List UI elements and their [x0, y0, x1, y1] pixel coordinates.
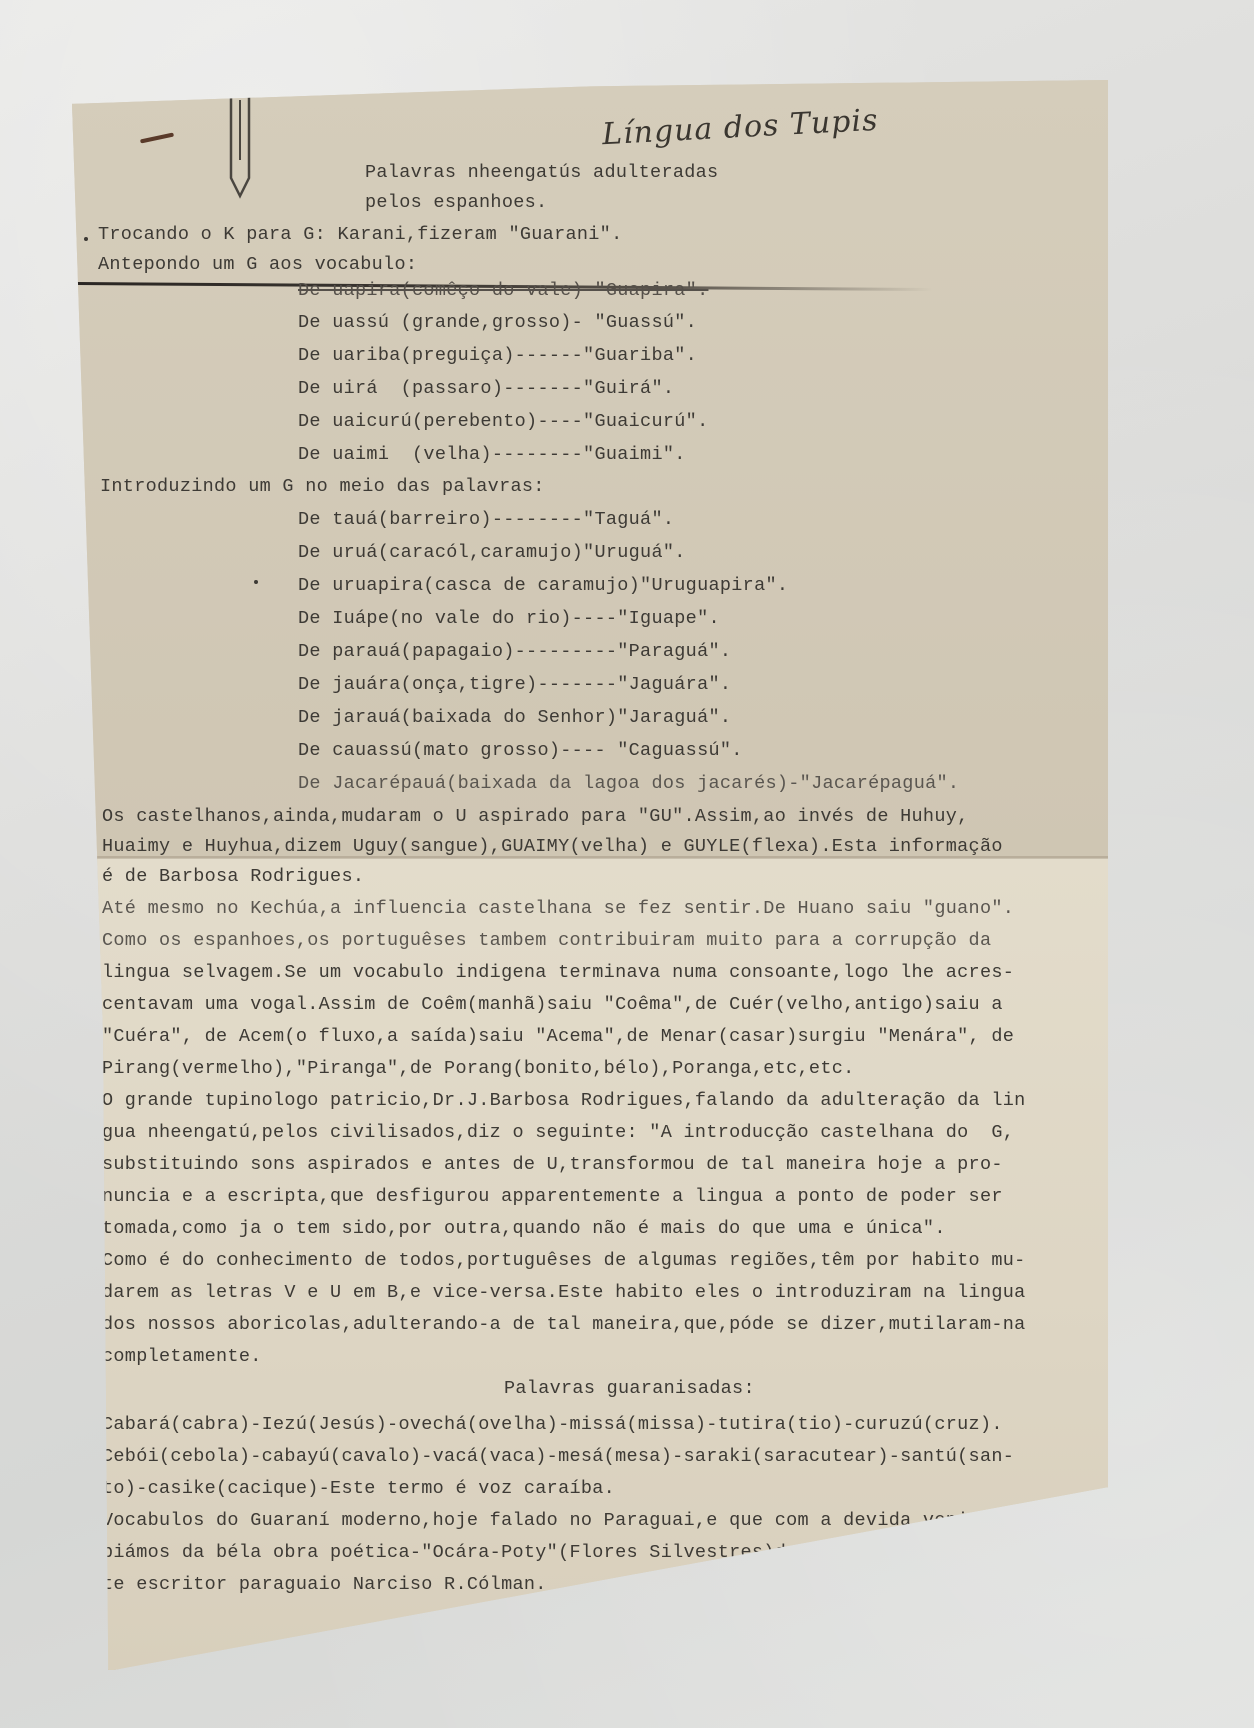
- paragraph-line: nuncia e a escripta,que desfigurou appar…: [102, 1186, 1003, 1207]
- paragraph-line: Cabará(cabra)-Iezú(Jesús)-ovechá(ovelha)…: [102, 1414, 1003, 1435]
- paragraph-line: gua nheengatú,pelos civilisados,diz o se…: [102, 1122, 1014, 1143]
- paragraph-line: "Cuéra", de Acem(o fluxo,a saída)saiu "A…: [102, 1026, 1014, 1047]
- paragraph-line: dos nossos aboricolas,adulterando-a de t…: [102, 1314, 1026, 1335]
- subheading: Palavras guaranisadas:: [504, 1378, 755, 1399]
- paragraph-line: centavam uma vogal.Assim de Coêm(manhã)s…: [102, 994, 1003, 1015]
- list-item: De uaimi (velha)--------"Guaimi".: [298, 444, 686, 465]
- paragraph-line: tomada,como ja o tem sido,por outra,quan…: [102, 1218, 946, 1239]
- section-infix-g: Introduzindo um G no meio das palavras:: [100, 476, 545, 497]
- list-item: De uassú (grande,grosso)- "Guassú".: [298, 312, 697, 333]
- list-item: De parauá(papagaio)---------"Paraguá".: [298, 641, 731, 662]
- intro-k-to-g: Trocando o K para G: Karani,fizeram "Gua…: [98, 224, 622, 245]
- paragraph-line: darem as letras V e U em B,e vice-versa.…: [102, 1282, 1026, 1303]
- paragraph-line: te escritor paraguaio Narciso R.Cólman.: [102, 1574, 547, 1595]
- paragraph-line: Huaimy e Huyhua,dizem Uguy(sangue),GUAIM…: [102, 836, 1003, 857]
- paragraph-line: Cebói(cebola)-cabayú(cavalo)-vacá(vaca)-…: [102, 1446, 1014, 1467]
- list-item-struck: De uapira(comêço do vale)-"Guapira".: [298, 280, 708, 301]
- list-item: De jauára(onça,tigre)-------"Jaguára".: [298, 674, 731, 695]
- typewritten-page: Língua dos Tupis Palavras nheengatús adu…: [72, 80, 1108, 1670]
- list-item: De tauá(barreiro)--------"Taguá".: [298, 509, 674, 530]
- list-item: De jarauá(baixada do Senhor)"Jaraguá".: [298, 707, 731, 728]
- paragraph-line: Os castelhanos,ainda,mudaram o U aspirad…: [102, 806, 969, 827]
- paragraph-line: Até mesmo no Kechúa,a influencia castelh…: [102, 898, 1014, 919]
- paragraph-line: Pirang(vermelho),"Piranga",de Porang(bon…: [102, 1058, 855, 1079]
- list-item: De cauassú(mato grosso)---- "Caguassú".: [298, 740, 743, 761]
- title-line-1: Palavras nheengatús adulteradas: [365, 162, 718, 183]
- paragraph-line: substituindo sons aspirados e antes de U…: [102, 1154, 1003, 1175]
- list-item: De uruapira(casca de caramujo)"Uruguapir…: [298, 575, 788, 596]
- paragraph-line: lingua selvagem.Se um vocabulo indigena …: [102, 962, 1014, 983]
- paragraph-line: Como os espanhoes,os portuguêses tambem …: [102, 930, 991, 951]
- paragraph-line: O grande tupinologo patricio,Dr.J.Barbos…: [102, 1090, 1026, 1111]
- margin-mark: [254, 580, 258, 584]
- paragraph-line: completamente.: [102, 1346, 262, 1367]
- list-item: De Jacarépauá(baixada da lagoa dos jacar…: [298, 773, 959, 794]
- paragraph-line: Como é do conhecimento de todos,portuguê…: [102, 1250, 1026, 1271]
- list-item: De uaicurú(perebento)----"Guaicurú".: [298, 411, 708, 432]
- paperclip-icon: [227, 90, 253, 200]
- list-item: De uruá(caracól,caramujo)"Uruguá".: [298, 542, 686, 563]
- paragraph-line: to)-casike(cacique)-Este termo é voz car…: [102, 1478, 615, 1499]
- list-item: De uirá (passaro)-------"Guirá".: [298, 378, 674, 399]
- section-prefix-g: Antepondo um G aos vocabulo:: [98, 254, 417, 275]
- paragraph-line: é de Barbosa Rodrigues.: [102, 866, 364, 887]
- title-line-2: pelos espanhoes.: [365, 192, 547, 213]
- list-item: De Iuápe(no vale do rio)----"Iguape".: [298, 608, 720, 629]
- list-item: De uariba(preguiça)------"Guariba".: [298, 345, 697, 366]
- margin-mark: [84, 237, 88, 241]
